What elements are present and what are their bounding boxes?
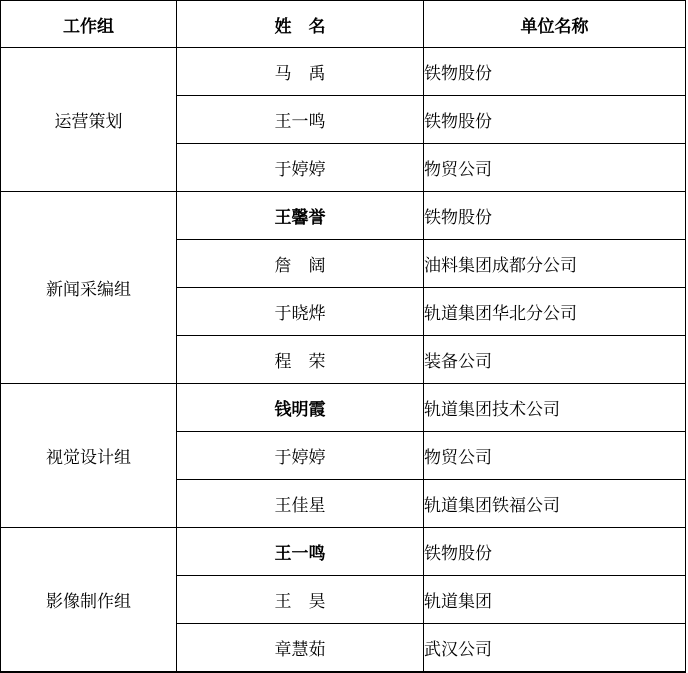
table-row: 新闻采编组 王馨誉 铁物股份 [1,192,686,240]
name-cell: 马 禹 [177,48,424,96]
name-cell: 于婷婷 [177,432,424,480]
col-header-unit: 单位名称 [424,1,686,48]
name-cell: 王一鸣 [177,96,424,144]
unit-cell: 物贸公司 [424,432,686,480]
unit-cell: 装备公司 [424,336,686,384]
col-header-name: 姓 名 [177,1,424,48]
roster-table-container: 工作组 姓 名 单位名称 运营策划 马 禹 铁物股份 王一鸣 铁物股份 于婷婷 … [0,0,686,660]
group-cell-operations-planning: 运营策划 [1,48,177,192]
table-row: 运营策划 马 禹 铁物股份 [1,48,686,96]
name-cell: 詹 阔 [177,240,424,288]
unit-cell: 油料集团成都分公司 [424,240,686,288]
unit-cell: 轨道集团 [424,576,686,624]
group-cell-news-editing: 新闻采编组 [1,192,177,384]
unit-cell: 铁物股份 [424,192,686,240]
unit-cell: 轨道集团华北分公司 [424,288,686,336]
unit-cell: 武汉公司 [424,624,686,661]
unit-cell: 铁物股份 [424,48,686,96]
col-header-work-group: 工作组 [1,1,177,48]
unit-cell: 轨道集团技术公司 [424,384,686,432]
unit-cell: 轨道集团铁福公司 [424,480,686,528]
unit-cell: 铁物股份 [424,528,686,576]
name-cell: 程 荣 [177,336,424,384]
name-cell: 王一鸣 [177,528,424,576]
name-cell: 王 昊 [177,576,424,624]
table-row: 视觉设计组 钱明霞 轨道集团技术公司 [1,384,686,432]
group-cell-visual-design: 视觉设计组 [1,384,177,528]
name-cell: 王佳星 [177,480,424,528]
unit-cell: 铁物股份 [424,96,686,144]
work-group-roster-table: 工作组 姓 名 单位名称 运营策划 马 禹 铁物股份 王一鸣 铁物股份 于婷婷 … [0,0,686,660]
name-cell: 王馨誉 [177,192,424,240]
name-cell: 钱明霞 [177,384,424,432]
name-cell: 于婷婷 [177,144,424,192]
unit-cell: 物贸公司 [424,144,686,192]
group-cell-video-production: 影像制作组 [1,528,177,661]
table-row: 影像制作组 王一鸣 铁物股份 [1,528,686,576]
header-row: 工作组 姓 名 单位名称 [1,1,686,48]
name-cell: 章慧茹 [177,624,424,661]
name-cell: 于晓烨 [177,288,424,336]
